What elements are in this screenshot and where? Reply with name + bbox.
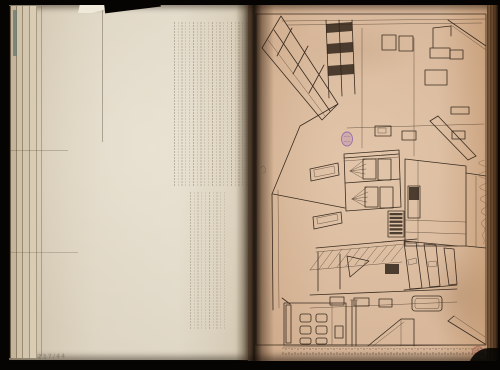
oval-ink-stamp <box>342 132 353 146</box>
dark-louvered-window <box>388 211 404 237</box>
right-house <box>405 159 486 248</box>
page-crease <box>102 4 103 142</box>
scan-edge-bottom <box>0 361 500 370</box>
drawing-border <box>256 14 486 345</box>
handwritten-text-block-lower <box>187 192 228 330</box>
left-page-fore-edges <box>8 6 44 358</box>
cobblestone-ground <box>282 345 486 355</box>
upper-windows <box>375 35 469 140</box>
fold-line <box>8 252 78 253</box>
gutter-shadow <box>236 0 274 370</box>
fold-line <box>8 150 68 151</box>
central-arched-doorways <box>344 150 401 211</box>
bottom-right-slants <box>448 316 485 344</box>
gallery-joists <box>310 239 417 291</box>
architectural-drawing <box>252 8 490 356</box>
arcade-piers <box>404 241 457 290</box>
street-edge-lines <box>272 104 345 310</box>
oblique-windows-left <box>310 163 342 229</box>
right-page-fore-edge <box>487 4 498 360</box>
scan-edge-top <box>0 0 500 5</box>
scanned-book-image: 217/44 <box>0 0 500 370</box>
cover-edge-sliver <box>13 10 17 56</box>
hip-roof-right <box>430 116 476 160</box>
page-edge-line <box>41 6 42 356</box>
scan-edge-left <box>0 0 9 370</box>
right-parapet <box>430 20 486 59</box>
guide-lines <box>282 19 486 156</box>
upper-gallery-beams <box>326 20 355 98</box>
